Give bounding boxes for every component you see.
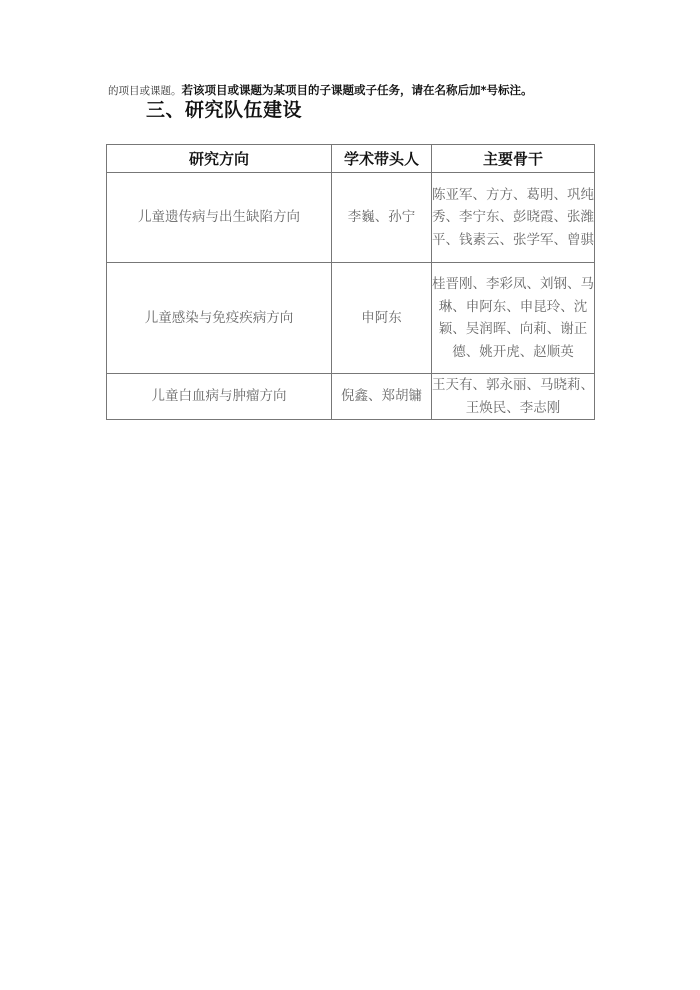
header-academic-leader: 学术带头人: [332, 145, 432, 173]
cell-leaders: 倪鑫、郑胡镛: [332, 374, 432, 420]
cell-direction: 儿童白血病与肿瘤方向: [107, 374, 332, 420]
cell-leaders: 李巍、孙宁: [332, 173, 432, 263]
section-title: 三、研究队伍建设: [146, 98, 302, 122]
header-key-members: 主要骨干: [432, 145, 595, 173]
cell-direction: 儿童遗传病与出生缺陷方向: [107, 173, 332, 263]
cell-leaders: 申阿东: [332, 263, 432, 374]
intro-lead-text: 的项目或课题。: [108, 85, 182, 97]
cell-members: 王天有、郭永丽、马晓莉、王焕民、李志刚: [432, 374, 595, 420]
table-row: 儿童白血病与肿瘤方向 倪鑫、郑胡镛 王天有、郭永丽、马晓莉、王焕民、李志刚: [107, 374, 595, 420]
cell-members: 桂晋刚、李彩凤、刘钢、马琳、申阿东、申昆玲、沈颖、吴润晖、向莉、谢正德、姚开虎、…: [432, 263, 595, 374]
table-header-row: 研究方向 学术带头人 主要骨干: [107, 145, 595, 173]
cell-members: 陈亚军、方方、葛明、巩纯秀、李宁东、彭晓霞、张潍平、钱素云、张学军、曾骐: [432, 173, 595, 263]
table-row: 儿童感染与免疫疾病方向 申阿东 桂晋刚、李彩凤、刘钢、马琳、申阿东、申昆玲、沈颖…: [107, 263, 595, 374]
header-research-direction: 研究方向: [107, 145, 332, 173]
intro-note: 的项目或课题。若该项目或课题为某项目的子课题或子任务，请在名称后加*号标注。: [108, 82, 533, 99]
table-row: 儿童遗传病与出生缺陷方向 李巍、孙宁 陈亚军、方方、葛明、巩纯秀、李宁东、彭晓霞…: [107, 173, 595, 263]
research-team-table: 研究方向 学术带头人 主要骨干 儿童遗传病与出生缺陷方向 李巍、孙宁 陈亚军、方…: [106, 144, 595, 420]
cell-direction: 儿童感染与免疫疾病方向: [107, 263, 332, 374]
intro-instruction-text: 若该项目或课题为某项目的子课题或子任务，请在名称后加*号标注。: [182, 83, 533, 97]
